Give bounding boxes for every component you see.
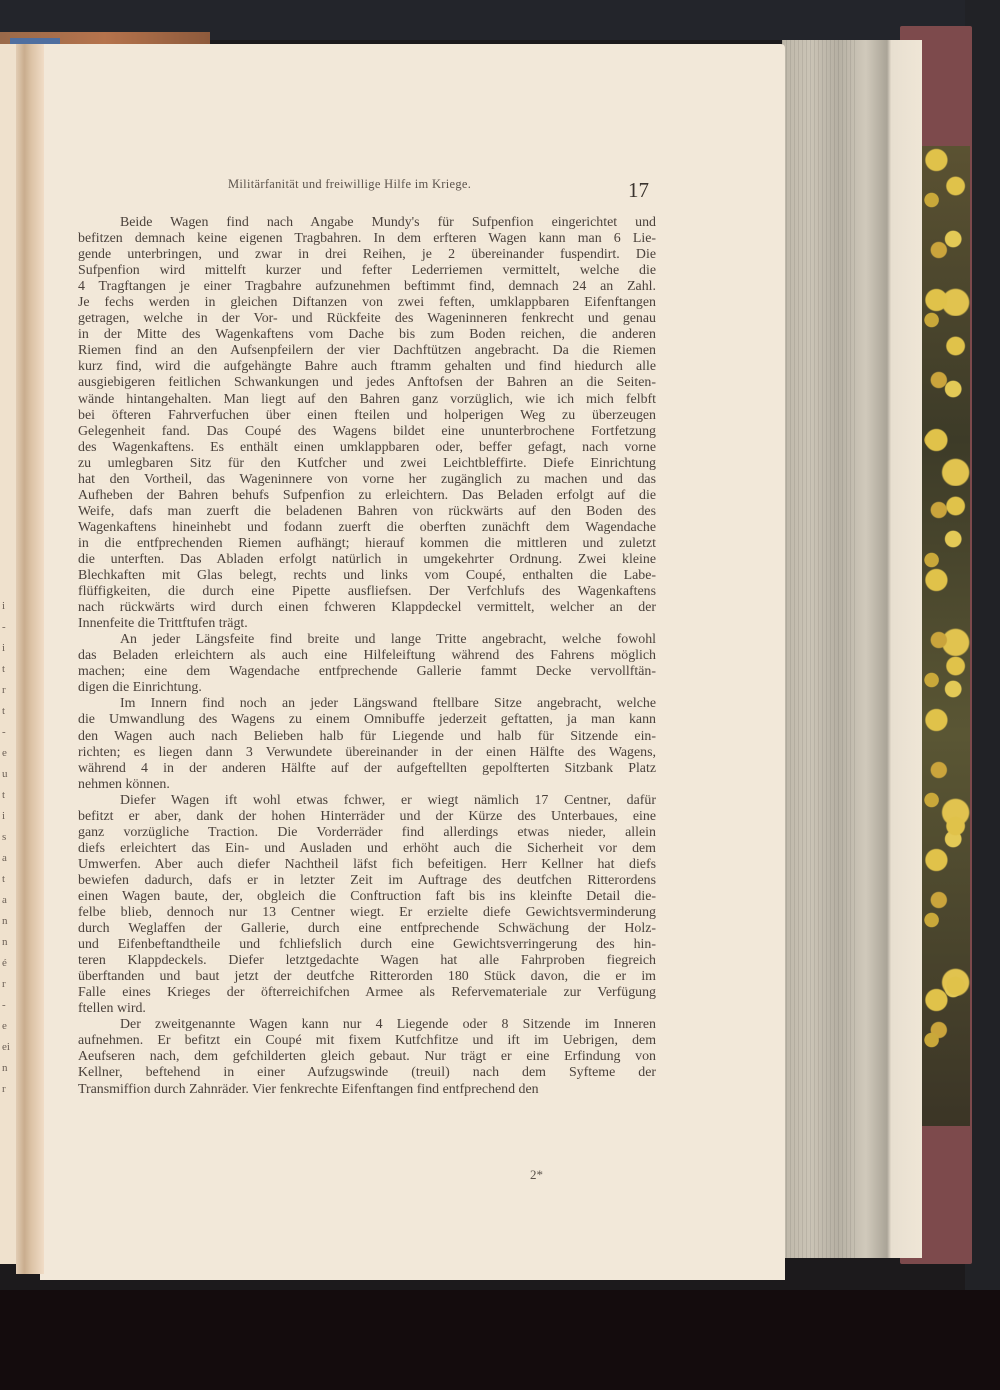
text-line: nehmen können. <box>78 777 656 793</box>
left-page-fragment: r <box>2 684 6 696</box>
page-edge-lines <box>782 40 858 1258</box>
left-page-fragment: - <box>2 621 6 633</box>
text-line: Beide Wagen find nach Angabe Mundy's für… <box>78 215 656 231</box>
text-line: zu umlegbaren Sitz für den Kutfcher und … <box>78 456 656 472</box>
text-line: einen Wagen baute, der, obgleich die Con… <box>78 889 656 905</box>
text-line: Umwerfen. Aber auch diefer Nachtheil läf… <box>78 857 656 873</box>
text-line: Falle eines Krieges der öfterreichifchen… <box>78 985 656 1001</box>
left-page-fragment: t <box>2 789 5 801</box>
text-line: ganz vorzügliche Traction. Die Vorderräd… <box>78 825 656 841</box>
text-line: bewiefen dadurch, dafs er in letzter Zei… <box>78 873 656 889</box>
text-line: wände hintangehalten. Man liegt auf den … <box>78 392 656 408</box>
left-page-fragment: t <box>2 873 5 885</box>
text-line: ftellen wird. <box>78 1001 656 1017</box>
text-line: Je fechs werden in gleichen Diftanzen vo… <box>78 295 656 311</box>
text-line: flüffigkeiten, die durch eine Pipette au… <box>78 584 656 600</box>
text-line: befitzt er aber, dank der hohen Hinterrä… <box>78 809 656 825</box>
left-page-fragment: i <box>2 642 5 654</box>
body-text: Beide Wagen find nach Angabe Mundy's für… <box>78 215 656 1098</box>
left-page-fragment: i <box>2 810 5 822</box>
text-line: die unterften. Das Abladen erfolgt natür… <box>78 552 656 568</box>
text-line: digen die Einrichtung. <box>78 680 656 696</box>
signature-mark: 2* <box>530 1167 543 1183</box>
text-line: befitzen demnach keine eigenen Tragbahre… <box>78 231 656 247</box>
text-line: Gelegenheit fand. Das Coupé des Wagens b… <box>78 424 656 440</box>
text-line: getragen, welche in der Vor- und Rückfei… <box>78 311 656 327</box>
text-line: des Wagenkaftens. Es enthält einen umkla… <box>78 440 656 456</box>
left-page-fragment: n <box>2 915 8 927</box>
text-line: Der zweitgenannte Wagen kann nur 4 Liege… <box>78 1017 656 1033</box>
text-line: teren Klappdeckels. Diefer letztgedachte… <box>78 953 656 969</box>
text-line: aufnehmen. Er befitzt ein Coupé mit fixe… <box>78 1033 656 1049</box>
text-line: Diefer Wagen ift wohl etwas fchwer, er w… <box>78 793 656 809</box>
text-line: gende unterbringen, und zwar in drei Rei… <box>78 247 656 263</box>
left-page-fragment: t <box>2 663 5 675</box>
text-line: Riemen find an den Aufsenpfeilern der vi… <box>78 343 656 359</box>
text-line: Blechkaften mit Glas belegt, rechts und … <box>78 568 656 584</box>
paragraph: Beide Wagen find nach Angabe Mundy's für… <box>78 215 656 632</box>
text-line: ausgiebigeren feitlichen Schwankungen un… <box>78 375 656 391</box>
left-page-fragment: r <box>2 1083 6 1095</box>
text-line: hat den Vortheil, das Wageninnere von vo… <box>78 472 656 488</box>
left-page-fragment: a <box>2 894 7 906</box>
left-page-fragment: r <box>2 978 6 990</box>
text-line: Wagenkaftens hineinhebt und fodann zuerf… <box>78 520 656 536</box>
left-page-fragment: a <box>2 852 7 864</box>
text-line: Aufheben der Bahren behufs Sufpenfion zu… <box>78 488 656 504</box>
text-line: machen; eine dem Wagendache entfprechend… <box>78 664 656 680</box>
text-line: in die entfprechenden Riemen aufhängt; h… <box>78 536 656 552</box>
text-line: die Umwandlung des Wagens zu einem Omnib… <box>78 712 656 728</box>
left-cover-edge <box>0 32 210 44</box>
left-page-fragment: ei <box>2 1041 10 1053</box>
text-line: überftanden und baut jetzt der deutfche … <box>78 969 656 985</box>
text-line: felbe blieb, dennoch nur 13 Centner wieg… <box>78 905 656 921</box>
paragraph: Im Innern find noch an jeder Längswand f… <box>78 696 656 792</box>
text-line: nach rückwärts wird durch einen fchweren… <box>78 600 656 616</box>
left-page-fragment: é <box>2 957 7 969</box>
left-page-fragment: e <box>2 747 7 759</box>
text-line: richten; es liegen dann 3 Verwundete übe… <box>78 745 656 761</box>
background-bottom <box>0 1290 1000 1390</box>
text-line: Sufpenfion wird mittelft kurzer und feft… <box>78 263 656 279</box>
text-line: Weife, dafs man zuerft die beladenen Bah… <box>78 504 656 520</box>
left-page-fragment: u <box>2 768 8 780</box>
text-line: Transmiffion durch Zahnräder. Vier fenkr… <box>78 1082 656 1098</box>
left-page-fragment: n <box>2 1062 8 1074</box>
left-page-fragment: s <box>2 831 6 843</box>
left-page-fragment: n <box>2 936 8 948</box>
text-line: Innenfeite die Trittftufen trägt. <box>78 616 656 632</box>
paragraph: An jeder Längsfeite find breite und lang… <box>78 632 656 696</box>
left-page-fragment: i <box>2 600 5 612</box>
paragraph: Diefer Wagen ift wohl etwas fchwer, er w… <box>78 793 656 1018</box>
left-page-fragment: t <box>2 705 5 717</box>
text-line: 4 Tragftangen je einer Tragbahre aufzune… <box>78 279 656 295</box>
running-head: Militärfanität und freiwillige Hilfe im … <box>228 177 658 192</box>
paragraph: Der zweitgenannte Wagen kann nur 4 Liege… <box>78 1017 656 1097</box>
page-block-edges <box>782 40 922 1258</box>
text-line: während 4 in der anderen Hälfte auf der … <box>78 761 656 777</box>
text-line: das Beladen erleichtern als auch eine Hi… <box>78 648 656 664</box>
text-line: Kellner, beftehend in einer Aufzugswinde… <box>78 1065 656 1081</box>
text-line: Im Innern find noch an jeder Längswand f… <box>78 696 656 712</box>
text-line: und Eifenbeftandtheile und fchliefslich … <box>78 937 656 953</box>
text-line: Aeufseren nach, dem gefchilderten gleich… <box>78 1049 656 1065</box>
text-line: bei öfteren Fahrverfuchen über einen fte… <box>78 408 656 424</box>
text-line: kurz find, wird die aufgehängte Bahre au… <box>78 359 656 375</box>
text-line: in der Mitte des Wagenkaftens vom Dache … <box>78 327 656 343</box>
text-line: An jeder Längsfeite find breite und lang… <box>78 632 656 648</box>
book-gutter <box>16 44 44 1274</box>
text-line: diefs erleichtert das Ein- und Ausladen … <box>78 841 656 857</box>
left-page-fragment: - <box>2 999 6 1011</box>
marbled-paper-panel <box>922 146 970 1126</box>
left-page-fragment: e <box>2 1020 7 1032</box>
left-page-fragment: - <box>2 726 6 738</box>
text-line: den Wagen auch nach Belieben halb für Li… <box>78 729 656 745</box>
page-number: 17 <box>628 178 649 203</box>
text-line: durch Weglaffen der Gallerie, durch eine… <box>78 921 656 937</box>
